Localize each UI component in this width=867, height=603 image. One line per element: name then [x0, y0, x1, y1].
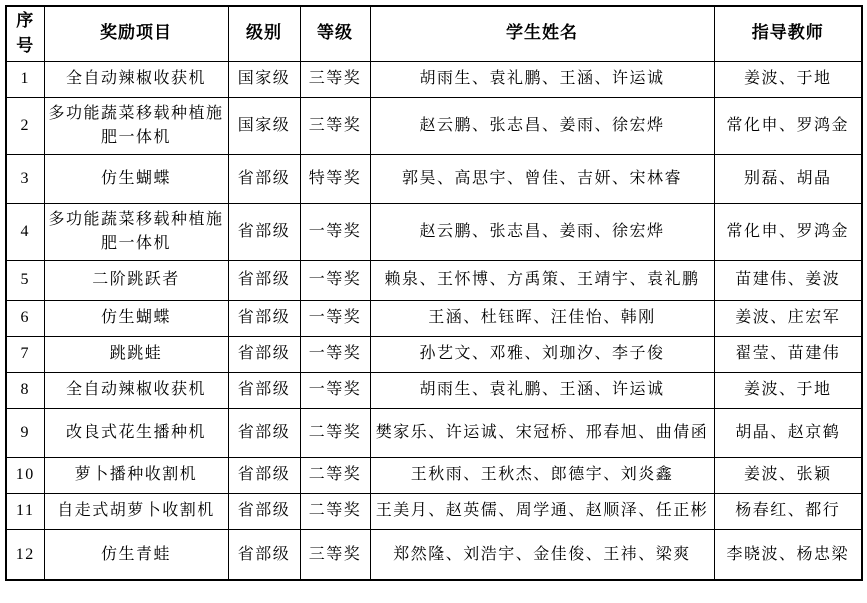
cell-level: 省部级: [228, 260, 300, 300]
cell-project: 多功能蔬菜移载种植施肥一体机: [44, 203, 228, 260]
cell-students: 王涵、杜钰晖、汪佳怡、韩刚: [370, 300, 714, 336]
cell-project: 跳跳蛙: [44, 336, 228, 372]
header-project: 奖励项目: [44, 6, 228, 61]
table-row: 1 全自动辣椒收获机 国家级 三等奖 胡雨生、袁礼鹏、王涵、许运诚 姜波、于地: [6, 61, 862, 97]
header-grade: 等级: [300, 6, 370, 61]
cell-index: 8: [6, 372, 44, 408]
cell-grade: 三等奖: [300, 529, 370, 580]
cell-grade: 一等奖: [300, 372, 370, 408]
cell-project: 全自动辣椒收获机: [44, 61, 228, 97]
cell-index: 7: [6, 336, 44, 372]
cell-teachers: 常化申、罗鸿金: [714, 97, 862, 154]
cell-project: 多功能蔬菜移载种植施肥一体机: [44, 97, 228, 154]
table-row: 12 仿生青蛙 省部级 三等奖 郑然隆、刘浩宇、金佳俊、王祎、梁爽 李晓波、杨忠…: [6, 529, 862, 580]
cell-students: 王秋雨、王秋杰、郎德宇、刘炎鑫: [370, 457, 714, 493]
cell-students: 郑然隆、刘浩宇、金佳俊、王祎、梁爽: [370, 529, 714, 580]
cell-grade: 一等奖: [300, 203, 370, 260]
cell-teachers: 姜波、于地: [714, 61, 862, 97]
header-teachers: 指导教师: [714, 6, 862, 61]
cell-grade: 二等奖: [300, 457, 370, 493]
cell-level: 国家级: [228, 61, 300, 97]
cell-students: 郭昊、高思宇、曾佳、吉妍、宋林睿: [370, 154, 714, 203]
table-row: 9 改良式花生播种机 省部级 二等奖 樊家乐、许运诚、宋冠桥、邢春旭、曲倩函 胡…: [6, 408, 862, 457]
cell-project: 仿生青蛙: [44, 529, 228, 580]
cell-teachers: 姜波、于地: [714, 372, 862, 408]
cell-students: 赵云鹏、张志昌、姜雨、徐宏烨: [370, 97, 714, 154]
cell-grade: 特等奖: [300, 154, 370, 203]
cell-project: 仿生蝴蝶: [44, 300, 228, 336]
cell-project: 全自动辣椒收获机: [44, 372, 228, 408]
cell-level: 省部级: [228, 408, 300, 457]
cell-students: 赵云鹏、张志昌、姜雨、徐宏烨: [370, 203, 714, 260]
cell-index: 6: [6, 300, 44, 336]
cell-level: 省部级: [228, 203, 300, 260]
cell-level: 省部级: [228, 154, 300, 203]
cell-project: 自走式胡萝卜收割机: [44, 493, 228, 529]
awards-table-container: 序号 奖励项目 级别 等级 学生姓名 指导教师 1 全自动辣椒收获机 国家级 三…: [5, 5, 863, 581]
cell-grade: 二等奖: [300, 408, 370, 457]
cell-grade: 一等奖: [300, 300, 370, 336]
cell-index: 1: [6, 61, 44, 97]
cell-teachers: 苗建伟、姜波: [714, 260, 862, 300]
table-row: 2 多功能蔬菜移载种植施肥一体机 国家级 三等奖 赵云鹏、张志昌、姜雨、徐宏烨 …: [6, 97, 862, 154]
cell-level: 省部级: [228, 372, 300, 408]
cell-teachers: 姜波、庄宏军: [714, 300, 862, 336]
cell-grade: 一等奖: [300, 336, 370, 372]
cell-students: 胡雨生、袁礼鹏、王涵、许运诚: [370, 372, 714, 408]
table-body: 1 全自动辣椒收获机 国家级 三等奖 胡雨生、袁礼鹏、王涵、许运诚 姜波、于地 …: [6, 61, 862, 580]
table-row: 10 萝卜播种收割机 省部级 二等奖 王秋雨、王秋杰、郎德宇、刘炎鑫 姜波、张颖: [6, 457, 862, 493]
cell-project: 仿生蝴蝶: [44, 154, 228, 203]
cell-project: 二阶跳跃者: [44, 260, 228, 300]
cell-project: 萝卜播种收割机: [44, 457, 228, 493]
cell-index: 3: [6, 154, 44, 203]
table-row: 6 仿生蝴蝶 省部级 一等奖 王涵、杜钰晖、汪佳怡、韩刚 姜波、庄宏军: [6, 300, 862, 336]
cell-grade: 二等奖: [300, 493, 370, 529]
cell-teachers: 翟莹、苗建伟: [714, 336, 862, 372]
cell-index: 10: [6, 457, 44, 493]
cell-grade: 三等奖: [300, 61, 370, 97]
table-row: 3 仿生蝴蝶 省部级 特等奖 郭昊、高思宇、曾佳、吉妍、宋林睿 别磊、胡晶: [6, 154, 862, 203]
cell-teachers: 胡晶、赵京鹤: [714, 408, 862, 457]
cell-level: 国家级: [228, 97, 300, 154]
header-level: 级别: [228, 6, 300, 61]
table-row: 11 自走式胡萝卜收割机 省部级 二等奖 王美月、赵英儒、周学通、赵顺泽、任正彬…: [6, 493, 862, 529]
header-row: 序号 奖励项目 级别 等级 学生姓名 指导教师: [6, 6, 862, 61]
cell-students: 王美月、赵英儒、周学通、赵顺泽、任正彬: [370, 493, 714, 529]
cell-students: 赖泉、王怀博、方禹策、王靖宇、袁礼鹏: [370, 260, 714, 300]
cell-teachers: 常化申、罗鸿金: [714, 203, 862, 260]
cell-teachers: 杨春红、都行: [714, 493, 862, 529]
cell-grade: 一等奖: [300, 260, 370, 300]
cell-teachers: 姜波、张颖: [714, 457, 862, 493]
cell-level: 省部级: [228, 300, 300, 336]
cell-level: 省部级: [228, 336, 300, 372]
cell-level: 省部级: [228, 457, 300, 493]
cell-students: 孙艺文、邓雅、刘珈汐、李子俊: [370, 336, 714, 372]
table-row: 8 全自动辣椒收获机 省部级 一等奖 胡雨生、袁礼鹏、王涵、许运诚 姜波、于地: [6, 372, 862, 408]
cell-teachers: 李晓波、杨忠梁: [714, 529, 862, 580]
cell-teachers: 别磊、胡晶: [714, 154, 862, 203]
cell-index: 4: [6, 203, 44, 260]
cell-students: 樊家乐、许运诚、宋冠桥、邢春旭、曲倩函: [370, 408, 714, 457]
cell-index: 9: [6, 408, 44, 457]
cell-index: 11: [6, 493, 44, 529]
table-row: 4 多功能蔬菜移载种植施肥一体机 省部级 一等奖 赵云鹏、张志昌、姜雨、徐宏烨 …: [6, 203, 862, 260]
cell-level: 省部级: [228, 493, 300, 529]
cell-students: 胡雨生、袁礼鹏、王涵、许运诚: [370, 61, 714, 97]
cell-index: 2: [6, 97, 44, 154]
table-row: 7 跳跳蛙 省部级 一等奖 孙艺文、邓雅、刘珈汐、李子俊 翟莹、苗建伟: [6, 336, 862, 372]
cell-index: 12: [6, 529, 44, 580]
header-students: 学生姓名: [370, 6, 714, 61]
header-index: 序号: [6, 6, 44, 61]
awards-table: 序号 奖励项目 级别 等级 学生姓名 指导教师 1 全自动辣椒收获机 国家级 三…: [5, 5, 863, 581]
table-header: 序号 奖励项目 级别 等级 学生姓名 指导教师: [6, 6, 862, 61]
table-row: 5 二阶跳跃者 省部级 一等奖 赖泉、王怀博、方禹策、王靖宇、袁礼鹏 苗建伟、姜…: [6, 260, 862, 300]
cell-grade: 三等奖: [300, 97, 370, 154]
cell-project: 改良式花生播种机: [44, 408, 228, 457]
cell-index: 5: [6, 260, 44, 300]
cell-level: 省部级: [228, 529, 300, 580]
